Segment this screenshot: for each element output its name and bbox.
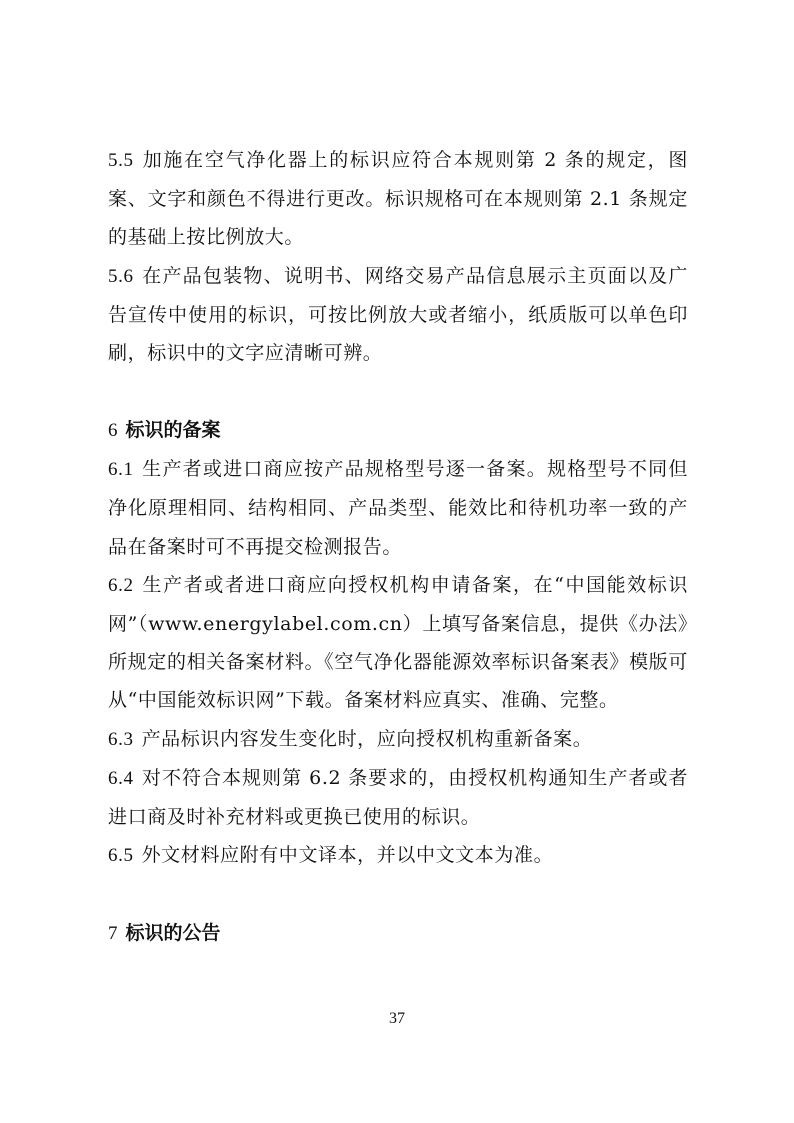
clause-number: 5.5: [108, 150, 134, 171]
clause-text: 外文材料应附有中文译本，并以中文文本为准。: [142, 844, 554, 866]
section-number: 6: [108, 420, 118, 441]
clause-text: 生产者或进口商应按产品规格型号逐一备案。规格型号不同但净化原理相同、结构相同、产…: [108, 458, 688, 557]
clause-text: 生产者或者进口商应向授权机构申请备案，在“中国能效标识网”（www.energy…: [108, 574, 688, 712]
section-spacer: [108, 875, 688, 914]
paragraph-6-4: 6.4对不符合本规则第 6.2 条要求的，由授权机构通知生产者或者进口商及时补充…: [108, 759, 688, 836]
section-title: 标识的备案: [126, 419, 221, 441]
paragraph-5-6: 5.6在产品包装物、说明书、网络交易产品信息展示主页面以及广告宣传中使用的标识，…: [108, 257, 688, 373]
clause-number: 6.3: [108, 729, 134, 750]
clause-text: 产品标识内容发生变化时，应向授权机构重新备案。: [142, 728, 593, 750]
clause-number: 6.2: [108, 575, 134, 596]
paragraph-5-5: 5.5加施在空气净化器上的标识应符合本规则第 2 条的规定，图案、文字和颜色不得…: [108, 141, 688, 257]
clause-text: 加施在空气净化器上的标识应符合本规则第 2 条的规定，图案、文字和颜色不得进行更…: [108, 149, 688, 248]
paragraph-6-5: 6.5外文材料应附有中文译本，并以中文文本为准。: [108, 836, 688, 875]
clause-number: 6.1: [108, 459, 134, 480]
section-heading-6: 6标识的备案: [108, 411, 688, 450]
document-page: 5.5加施在空气净化器上的标识应符合本规则第 2 条的规定，图案、文字和颜色不得…: [108, 141, 688, 953]
clause-text: 在产品包装物、说明书、网络交易产品信息展示主页面以及广告宣传中使用的标识，可按比…: [108, 265, 688, 364]
clause-number: 6.5: [108, 845, 134, 866]
section-heading-7: 7标识的公告: [108, 914, 688, 953]
section-number: 7: [108, 923, 118, 944]
section-spacer: [108, 372, 688, 411]
page-number: 37: [0, 1010, 794, 1028]
clause-text: 对不符合本规则第 6.2 条要求的，由授权机构通知生产者或者进口商及时补充材料或…: [108, 767, 688, 828]
paragraph-6-3: 6.3产品标识内容发生变化时，应向授权机构重新备案。: [108, 720, 688, 759]
clause-number: 5.6: [108, 266, 134, 287]
section-title: 标识的公告: [126, 922, 221, 944]
paragraph-6-1: 6.1生产者或进口商应按产品规格型号逐一备案。规格型号不同但净化原理相同、结构相…: [108, 450, 688, 566]
paragraph-6-2: 6.2生产者或者进口商应向授权机构申请备案，在“中国能效标识网”（www.ene…: [108, 566, 688, 720]
clause-number: 6.4: [108, 768, 134, 789]
